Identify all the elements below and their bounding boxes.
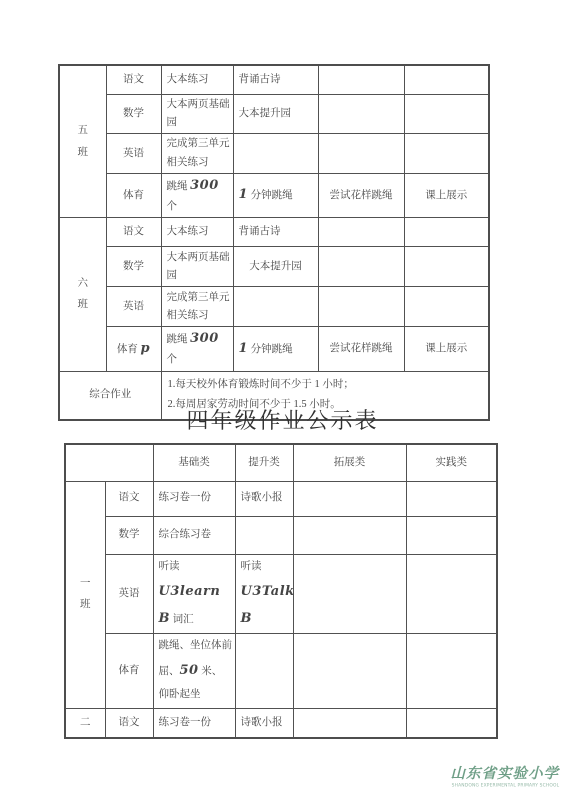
header-practice-cell: 实践类 — [406, 444, 497, 481]
homework-practice-cell: 课上展示 — [404, 174, 489, 218]
homework-base-cell: 大本练习 — [161, 65, 233, 94]
homework-improve-cell — [233, 134, 318, 174]
table-row: 五班 语文 大本练习 背诵古诗 — [59, 65, 489, 94]
table-row: 体育 跳绳 300 个 1 分钟跳绳 尝试花样跳绳 课上展示 — [59, 174, 489, 218]
grade4-homework-table: 基础类 提升类 拓展类 实践类 一班 语文 练习卷一份 诗歌小报 数学 综合练习… — [64, 443, 498, 739]
homework-improve-cell: 大本提升园 — [233, 247, 318, 287]
table-row: 英语 完成第三单元相关练习 — [59, 287, 489, 327]
homework-base-cell: 跳绳 300 个 — [161, 327, 233, 371]
table-row: 体育 跳绳、坐位体前屈、50 米、仰卧起坐 — [65, 634, 497, 708]
subject-cell: 英语 — [105, 554, 153, 634]
homework-extend-cell: 尝试花样跳绳 — [318, 327, 404, 371]
header-empty-cell — [65, 444, 153, 481]
table-row: 数学 大本两页基础园 大本提升园 — [59, 94, 489, 134]
class-label: 一班 — [79, 573, 91, 616]
homework-practice-cell — [404, 134, 489, 174]
homework-base-cell: 练习卷一份 — [153, 708, 235, 738]
handwritten-number: 50 — [180, 663, 199, 678]
summary-line: 1.每天校外体育锻炼时间不少于 1 小时； — [168, 375, 487, 395]
table-row: 英语 听读 U3learn B 词汇 听读 U3Talk B — [65, 554, 497, 634]
homework-extend-cell — [293, 634, 406, 708]
homework-practice-cell — [406, 708, 497, 738]
homework-practice-cell — [404, 247, 489, 287]
cell-text: 跳绳 — [167, 181, 191, 192]
school-logo: 山东省实验小学 SHANDONG EXPERIMENTAL PRIMARY SC… — [437, 767, 559, 789]
homework-practice-cell — [404, 218, 489, 247]
homework-extend-cell — [293, 554, 406, 634]
table-row: 英语 完成第三单元相关练习 — [59, 134, 489, 174]
subject-cell: 语文 — [106, 65, 161, 94]
table-row: 一班 语文 练习卷一份 诗歌小报 — [65, 481, 497, 516]
subject-cell: 语文 — [106, 218, 161, 247]
subject-cell: 数学 — [106, 247, 161, 287]
homework-extend-cell: 尝试花样跳绳 — [318, 174, 404, 218]
homework-base-cell: 听读 U3learn B 词汇 — [153, 554, 235, 634]
class-label: 五班 — [77, 120, 89, 163]
subject-cell: 语文 — [105, 708, 153, 738]
cell-text: 分钟跳绳 — [248, 190, 293, 201]
cell-text: 跳绳 — [167, 334, 191, 345]
class-label-cell: 五班 — [59, 65, 106, 218]
page-title: 四年级作业公示表 — [0, 404, 565, 435]
subject-cell: 体育 p — [106, 327, 161, 371]
homework-practice-cell — [406, 554, 497, 634]
cell-text: 词汇 — [170, 614, 194, 625]
subject-cell: 英语 — [106, 287, 161, 327]
handwritten-number: 300 — [190, 331, 219, 346]
homework-improve-cell: 诗歌小报 — [235, 708, 293, 738]
handwritten-number: 1 — [239, 187, 249, 202]
homework-improve-cell: 大本提升园 — [233, 94, 318, 134]
homework-improve-cell: 背诵古诗 — [233, 218, 318, 247]
handwritten-number: 300 — [190, 178, 219, 193]
homework-improve-cell: 听读 U3Talk B — [235, 554, 293, 634]
class-label-cell: 二 — [65, 708, 105, 738]
subject-cell: 数学 — [105, 516, 153, 554]
cell-text: 分钟跳绳 — [248, 344, 293, 355]
homework-practice-cell — [404, 287, 489, 327]
homework-practice-cell — [406, 516, 497, 554]
cell-text: 听读 — [159, 561, 180, 572]
homework-extend-cell — [318, 94, 404, 134]
homework-extend-cell — [318, 65, 404, 94]
homework-improve-cell — [235, 634, 293, 708]
homework-extend-cell — [318, 218, 404, 247]
homework-base-cell: 大本练习 — [161, 218, 233, 247]
subject-cell: 体育 — [106, 174, 161, 218]
subject-cell: 体育 — [105, 634, 153, 708]
class-label-cell: 六班 — [59, 218, 106, 371]
class-label: 六班 — [77, 273, 89, 316]
homework-extend-cell — [293, 481, 406, 516]
homework-base-cell: 完成第三单元相关练习 — [161, 134, 233, 174]
cell-text: 听读 — [241, 561, 262, 572]
homework-improve-cell — [235, 516, 293, 554]
homework-extend-cell — [318, 287, 404, 327]
homework-practice-cell — [406, 481, 497, 516]
header-extend-cell: 拓展类 — [293, 444, 406, 481]
homework-base-cell: 大本两页基础园 — [161, 94, 233, 134]
homework-extend-cell — [318, 134, 404, 174]
homework-base-cell: 综合练习卷 — [153, 516, 235, 554]
table-row: 二 语文 练习卷一份 诗歌小报 — [65, 708, 497, 738]
homework-practice-cell — [404, 65, 489, 94]
homework-practice-cell — [406, 634, 497, 708]
subject-cell: 语文 — [105, 481, 153, 516]
school-logo-english: SHANDONG EXPERIMENTAL PRIMARY SCHOOL — [451, 784, 559, 788]
upper-homework-table: 五班 语文 大本练习 背诵古诗 数学 大本两页基础园 大本提升园 英语 完成第三… — [58, 64, 490, 421]
handwritten-number: 1 — [239, 341, 249, 356]
homework-improve-cell — [233, 287, 318, 327]
handwritten-text: U3Talk B — [241, 584, 294, 626]
table-row: 体育 p 跳绳 300 个 1 分钟跳绳 尝试花样跳绳 课上展示 — [59, 327, 489, 371]
subject-cell: 英语 — [106, 134, 161, 174]
homework-base-cell: 跳绳、坐位体前屈、50 米、仰卧起坐 — [153, 634, 235, 708]
homework-base-cell: 练习卷一份 — [153, 481, 235, 516]
homework-base-cell: 完成第三单元相关练习 — [161, 287, 233, 327]
table-row: 六班 语文 大本练习 背诵古诗 — [59, 218, 489, 247]
homework-extend-cell — [293, 516, 406, 554]
homework-extend-cell — [293, 708, 406, 738]
handwritten-letter: p — [141, 341, 151, 356]
cell-text: 个 — [167, 201, 178, 212]
homework-improve-cell: 1 分钟跳绳 — [233, 327, 318, 371]
school-logo-chinese: 山东省实验小学 — [437, 767, 559, 782]
subject-cell: 数学 — [106, 94, 161, 134]
header-improve-cell: 提升类 — [235, 444, 293, 481]
homework-base-cell: 大本两页基础园 — [161, 247, 233, 287]
cell-text: 个 — [167, 354, 178, 365]
homework-practice-cell: 课上展示 — [404, 327, 489, 371]
homework-improve-cell: 诗歌小报 — [235, 481, 293, 516]
homework-extend-cell — [318, 247, 404, 287]
document-page: 五班 语文 大本练习 背诵古诗 数学 大本两页基础园 大本提升园 英语 完成第三… — [0, 0, 565, 800]
homework-practice-cell — [404, 94, 489, 134]
table-header-row: 基础类 提升类 拓展类 实践类 — [65, 444, 497, 481]
homework-base-cell: 跳绳 300 个 — [161, 174, 233, 218]
homework-improve-cell: 1 分钟跳绳 — [233, 174, 318, 218]
table-row: 数学 综合练习卷 — [65, 516, 497, 554]
cell-text: 体育 — [117, 344, 141, 355]
homework-improve-cell: 背诵古诗 — [233, 65, 318, 94]
class-label-cell: 一班 — [65, 481, 105, 708]
header-base-cell: 基础类 — [153, 444, 235, 481]
table-row: 数学 大本两页基础园 大本提升园 — [59, 247, 489, 287]
